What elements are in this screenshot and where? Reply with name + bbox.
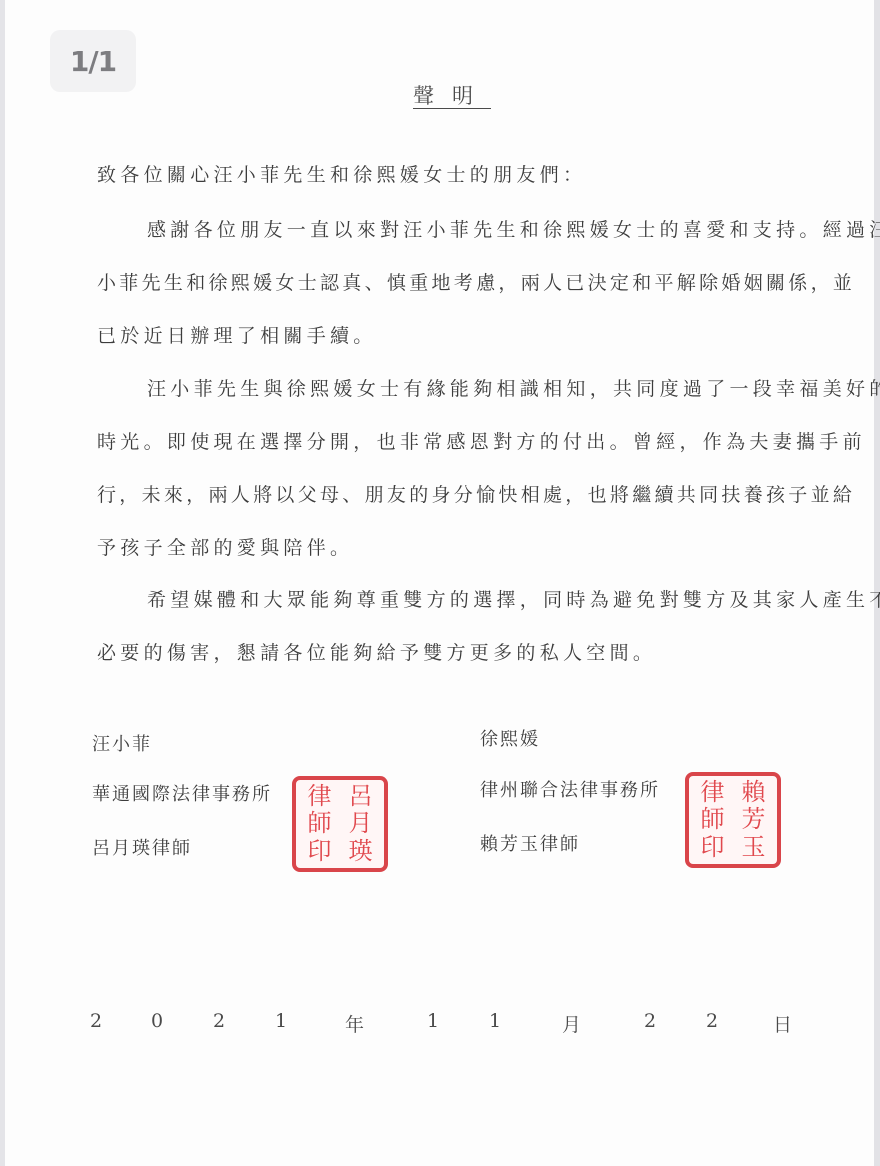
paragraph-1-line-3: 已於近日辦理了相關手續。 — [97, 321, 377, 348]
paragraph-2-line-4: 予孩子全部的愛與陪伴。 — [97, 533, 353, 560]
seal-char: 律 — [299, 783, 340, 810]
date-year-digit: 2 — [90, 1010, 102, 1032]
paragraph-2-line-3: 行，未來，兩人將以父母、朋友的身分愉快相處，也將繼續共同扶養孩子並給 — [97, 480, 855, 507]
signatory-1-law-firm: 華通國際法律事務所 — [92, 780, 272, 806]
seal-char: 印 — [692, 834, 733, 861]
lawyer-seal-stamp-1: 律 呂 師 月 印 瑛 — [292, 776, 388, 872]
seal-char: 呂 — [340, 783, 381, 810]
signatory-1-name: 汪小菲 — [92, 730, 152, 756]
paragraph-1-line-2: 小菲先生和徐熙媛女士認真、慎重地考慮，兩人已決定和平解除婚姻關係，並 — [97, 268, 855, 295]
signatory-1-lawyer: 呂月瑛律師 — [92, 834, 192, 860]
date-year-label: 年 — [345, 1010, 364, 1037]
lawyer-seal-stamp-2: 律 賴 師 芳 印 玉 — [685, 772, 781, 868]
seal-char: 瑛 — [340, 838, 381, 865]
date-month-label: 月 — [562, 1010, 581, 1037]
date-year-digit: 2 — [213, 1010, 225, 1032]
viewer-frame-right — [874, 0, 880, 1166]
seal-char: 師 — [299, 810, 340, 837]
signatory-2-law-firm: 律州聯合法律事務所 — [480, 776, 660, 802]
seal-char: 賴 — [733, 779, 774, 806]
date-month-digit: 1 — [489, 1010, 501, 1032]
seal-char: 律 — [692, 779, 733, 806]
date-year-digit: 1 — [275, 1010, 287, 1032]
paragraph-2-line-2: 時光。即使現在選擇分開，也非常感恩對方的付出。曾經，作為夫妻攜手前 — [97, 427, 866, 454]
date-day-digit: 2 — [644, 1010, 656, 1032]
date-day-digit: 2 — [706, 1010, 718, 1032]
paragraph-1-line-1: 感謝各位朋友一直以來對汪小菲先生和徐熙媛女士的喜愛和支持。經過汪 — [147, 215, 880, 242]
seal-char: 玉 — [733, 834, 774, 861]
page-indicator: 1/1 — [50, 30, 136, 92]
salutation: 致各位關心汪小菲先生和徐熙媛女士的朋友們： — [97, 160, 586, 187]
document-page: 1/1 聲明 致各位關心汪小菲先生和徐熙媛女士的朋友們： 感謝各位朋友一直以來對… — [5, 0, 874, 1166]
seal-char: 師 — [692, 806, 733, 833]
signatory-2-lawyer: 賴芳玉律師 — [480, 830, 580, 856]
date-year-digit: 0 — [151, 1010, 163, 1032]
document-title: 聲明 — [413, 80, 491, 110]
seal-char: 芳 — [733, 806, 774, 833]
date-month-digit: 1 — [427, 1010, 439, 1032]
paragraph-3-line-1: 希望媒體和大眾能夠尊重雙方的選擇，同時為避免對雙方及其家人產生不 — [147, 585, 880, 612]
signatory-2-name: 徐熙媛 — [480, 725, 540, 751]
seal-char: 月 — [340, 810, 381, 837]
date-day-label: 日 — [773, 1010, 792, 1037]
paragraph-3-line-2: 必要的傷害，懇請各位能夠給予雙方更多的私人空間。 — [97, 638, 656, 665]
paragraph-2-line-1: 汪小菲先生與徐熙媛女士有緣能夠相識相知，共同度過了一段幸福美好的 — [147, 374, 880, 401]
seal-char: 印 — [299, 838, 340, 865]
